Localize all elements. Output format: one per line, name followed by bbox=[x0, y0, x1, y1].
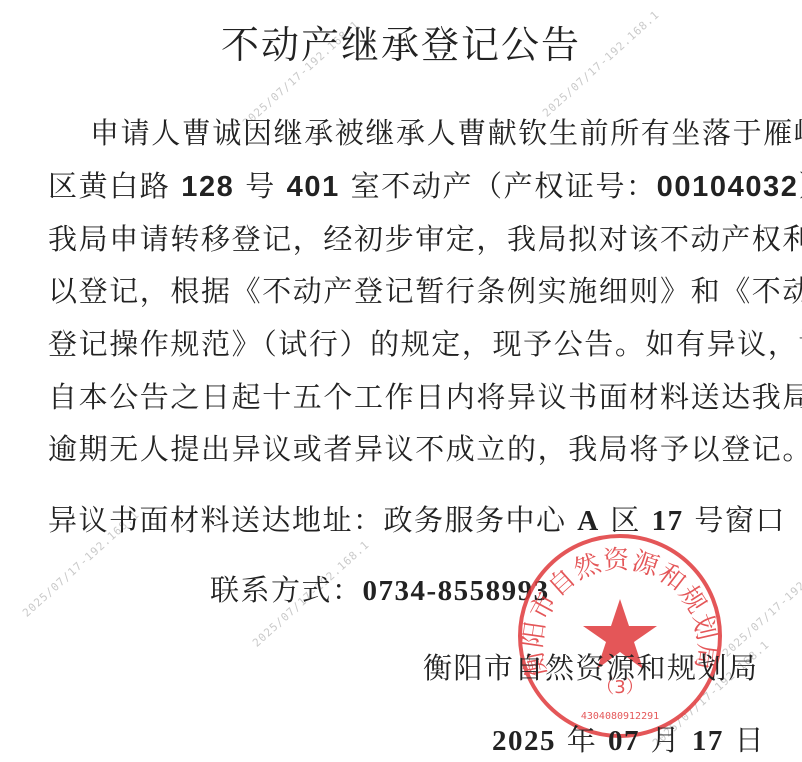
body-line-5: 登记操作规范》（试行）的规定，现予公告。如有异议，请 bbox=[48, 322, 802, 363]
house-number: 128 bbox=[181, 171, 234, 203]
contact-phone: 0734-8558993 bbox=[363, 575, 550, 607]
contact-label: 联系方式： bbox=[210, 573, 363, 607]
issuer-name: 衡阳市自然资源和规划局 bbox=[423, 646, 759, 687]
address-line: 异议书面材料送达地址：政务服务中心 A 区 17 号窗口 bbox=[48, 498, 786, 539]
body-line-6: 自本公告之日起十五个工作日内将异议书面材料送达我局。 bbox=[48, 375, 802, 416]
room-number: 401 bbox=[287, 171, 340, 203]
body-line-4: 以登记，根据《不动产登记暂行条例实施细则》和《不动产 bbox=[48, 269, 802, 310]
issue-date: 2025 年 07 月 17 日 bbox=[492, 718, 765, 759]
contact-line: 联系方式：0734-8558993 bbox=[210, 568, 550, 609]
body-line-1: 申请人曹诚因继承被继承人曹献钦生前所有坐落于雁峰 bbox=[90, 111, 802, 152]
certificate-number: 00104032 bbox=[657, 171, 799, 203]
address-label: 异议书面材料送达地址： bbox=[48, 503, 384, 537]
body-line-2: 区黄白路 128 号 401 室不动产（产权证号：00104032）、向 bbox=[48, 164, 802, 205]
body-line-7: 逾期无人提出异议或者异议不成立的，我局将予以登记。 bbox=[48, 427, 802, 468]
body-line-3: 我局申请转移登记，经初步审定，我局拟对该不动产权利予 bbox=[48, 217, 802, 258]
document-title: 不动产继承登记公告 bbox=[0, 14, 802, 69]
